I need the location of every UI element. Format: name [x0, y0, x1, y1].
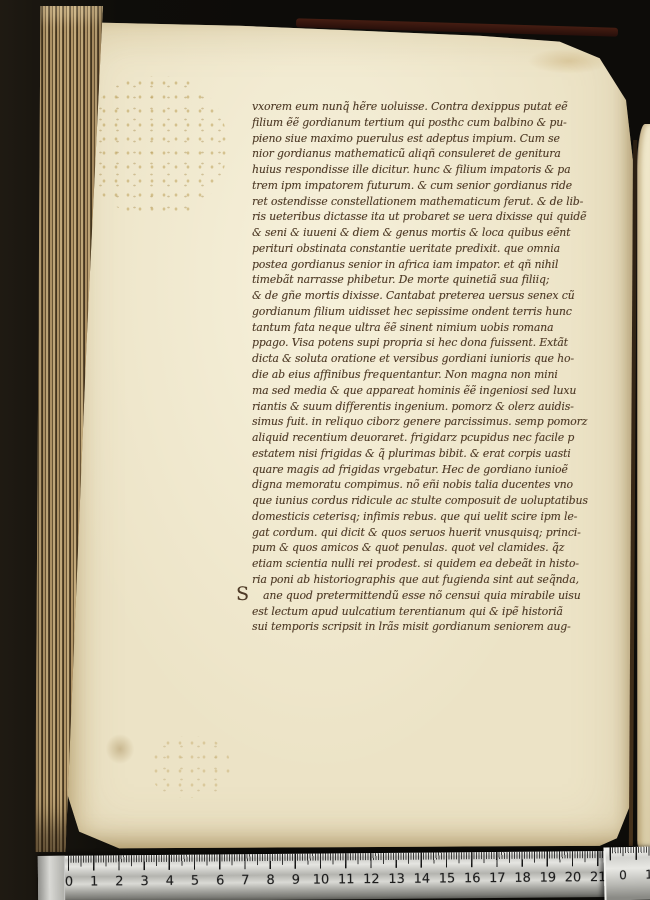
text-line: vxorem eum nunq̃ hẽre uoluisse. Contra d…: [252, 99, 597, 115]
text-line: gat cordum. qui dicit & quos seruos huer…: [252, 525, 597, 541]
ruler-number: 15: [439, 871, 456, 886]
ruler-number: 13: [388, 872, 405, 887]
ruler-number: 0: [65, 875, 73, 890]
ruler-number: 14: [413, 872, 430, 887]
text-line: que iunius cordus ridicule ac stulte com…: [252, 493, 597, 509]
text-line: ria poni ab historiographis que aut fugi…: [252, 572, 597, 588]
text-line: etiam scientia nulli rei prodest. si qui…: [252, 556, 597, 572]
text-line: dicta & soluta oratione et versibus gord…: [252, 351, 597, 367]
ruler-number: 11: [338, 872, 355, 887]
text-line: sui temporis scripsit in lrãs misit gord…: [252, 619, 597, 635]
ruler-number: 9: [292, 873, 300, 888]
text-line: pum & quos amicos & quot penulas. quot v…: [252, 540, 597, 556]
ruler-number: 19: [539, 870, 556, 885]
ruler-number: 0: [619, 868, 627, 882]
ruler-number: 18: [514, 871, 531, 886]
text-line: die ab eius affinibus frequentantur. Non…: [252, 367, 597, 383]
text-line: nior gordianus mathematicũ aliqñ consule…: [252, 146, 597, 162]
text-line: & seni & iuueni & diem & genus mortis & …: [252, 225, 597, 241]
text-line: ane quod pretermittendũ esse nõ censui q…: [263, 588, 597, 604]
text-line: riantis & suum differentis ingenium. pom…: [252, 399, 597, 415]
photo-scene: S vxorem eum nunq̃ hẽre uoluisse. Contra…: [0, 0, 650, 900]
ruler-end-bevel: [38, 856, 65, 900]
text-line: & de gñe mortis dixisse. Cantabat preter…: [252, 288, 597, 304]
text-block: vxorem eum nunq̃ hẽre uoluisse. Contra d…: [252, 99, 597, 635]
ruler-number: 1: [90, 874, 98, 889]
foxing-speckles: [86, 76, 226, 216]
text-line: perituri obstinata constantie ueritate p…: [252, 241, 597, 257]
ruler-number: 3: [140, 874, 148, 889]
ruler-number: 1: [645, 868, 650, 882]
ruler-number: 16: [464, 871, 481, 886]
text-line: digna memoratu compimus. nõ eñi nobis ta…: [252, 477, 597, 493]
text-line: postea gordianus senior in africa iam im…: [252, 257, 597, 273]
ruler-number: 6: [216, 873, 224, 888]
text-line: trem ipm impatorem futurum. & cum senior…: [252, 178, 597, 194]
text-line: ris ueteribus dictasse ita ut probaret s…: [252, 209, 597, 225]
text-line: ma sed media & que appareat hominis ẽẽ i…: [252, 383, 597, 399]
text-line: estatem nisi frigidas & q̃ plurimas bibi…: [252, 446, 597, 462]
text-line: aliquid recentium deuoraret. frigidarz p…: [252, 430, 597, 446]
text-line: est lectum apud uulcatium terentianum qu…: [252, 604, 597, 620]
ruler-main: 0123456789101112131415161718192021: [38, 851, 650, 900]
ruler-number: 12: [363, 872, 380, 887]
text-line: ppago. Visa potens supi propria si hec d…: [252, 335, 597, 351]
text-line: ret ostendisse constellationem mathemati…: [252, 194, 597, 210]
foxing-speckles: [150, 736, 230, 798]
ruler-number: 10: [313, 872, 330, 887]
ruler-number: 7: [241, 873, 249, 888]
manuscript-page: S vxorem eum nunq̃ hẽre uoluisse. Contra…: [62, 14, 634, 850]
text-line: gordianum filium uidisset hec sepissime …: [252, 304, 597, 320]
text-line: tantum fata neque ultra ẽẽ sinent nimium…: [252, 320, 597, 336]
ruler-number: 5: [191, 874, 199, 889]
text-line: simus fuit. in reliquo ciborz genere par…: [252, 414, 597, 430]
parchment-stain: [100, 728, 140, 770]
ruler-number: 20: [565, 870, 582, 885]
ruler-number: 8: [266, 873, 274, 888]
margin-initial-letter: S: [236, 585, 249, 604]
text-line: quare magis ad frigidas vrgebatur. Hec d…: [252, 462, 597, 478]
text-line: filium ẽẽ gordianum tertium qui posthc c…: [252, 115, 597, 131]
ruler-number: 4: [166, 874, 174, 889]
ruler-ticks: [609, 846, 650, 900]
ruler-number: 17: [489, 871, 506, 886]
text-line: domesticis ceterisq; infimis rebus. que …: [252, 509, 597, 525]
text-line: timebãt narrasse phibetur. De morte quin…: [252, 272, 597, 288]
facing-page-edge: [637, 124, 650, 850]
ruler-ticks: [68, 851, 650, 900]
ruler-number: 2: [115, 874, 123, 889]
ruler-secondary: 01: [603, 846, 650, 900]
text-line: huius respondisse ille dicitur. hunc & f…: [252, 162, 597, 178]
text-line: pieno siue maximo puerulus est adeptus i…: [252, 131, 597, 147]
